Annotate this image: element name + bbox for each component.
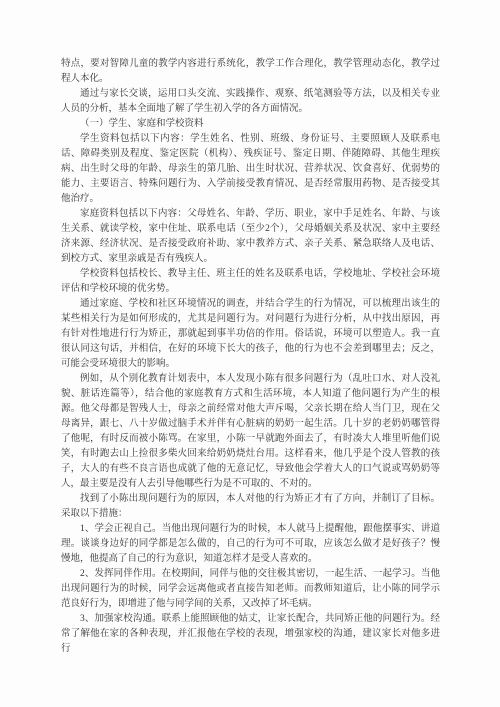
paragraph: 例如，从个别化教育计划表中，本人发现小陈有很多问题行为（乱吐口水、对人没礼貌、脏… [61,372,440,492]
list-item-paragraph: 3、加强家校沟通。联系上能照顾他的姑丈，让家长配合，共同矫正他的问题行为。经常了… [61,612,440,657]
list-item-paragraph: 2、发挥同伴作用。在校期间，同伴与他的交往极其密切，一起生活、一起学习。当他出现… [61,567,440,612]
paragraph: 通过家庭、学校和社区环境情况的调查，并结合学生的行为情况，可以梳理出该生的某些相… [61,297,440,372]
section-heading: （一）学生、家庭和学校资料 [61,117,440,132]
list-item-paragraph: 1、学会正视自己。当他出现问题行为的时候，本人就马上提醒他，跟他摆事实、讲道理。… [61,522,440,567]
document-text-block: 特点，要对智障儿童的教学内容进行系统化，教学工作合理化，教学管理动态化，教学过程… [61,57,440,657]
paragraph: 找到了小陈出现问题行为的原因，本人对他的行为矫正才有了方向，并制订了目标。采取以… [61,492,440,522]
paragraph: 学校资料包括校长、教导主任、班主任的姓名及联系电话，学校地址、学校社会环境评估和… [61,267,440,297]
paragraph: 学生资料包括以下内容：学生姓名、性别、班级、身份证号、主要照顾人及联系电话、障碍… [61,132,440,207]
document-page: 特点，要对智障儿童的教学内容进行系统化，教学工作合理化，教学管理动态化，教学过程… [0,0,500,707]
paragraph: 家庭资料包括以下内容：父母姓名、年龄、学历、职业，家中手足姓名、年龄、与该生关系… [61,207,440,267]
paragraph: 通过与家长交谈，运用口头交流、实践操作、观察、纸笔测验等方法，以及相关专业人员的… [61,87,440,117]
paragraph: 特点，要对智障儿童的教学内容进行系统化，教学工作合理化，教学管理动态化，教学过程… [61,57,440,87]
